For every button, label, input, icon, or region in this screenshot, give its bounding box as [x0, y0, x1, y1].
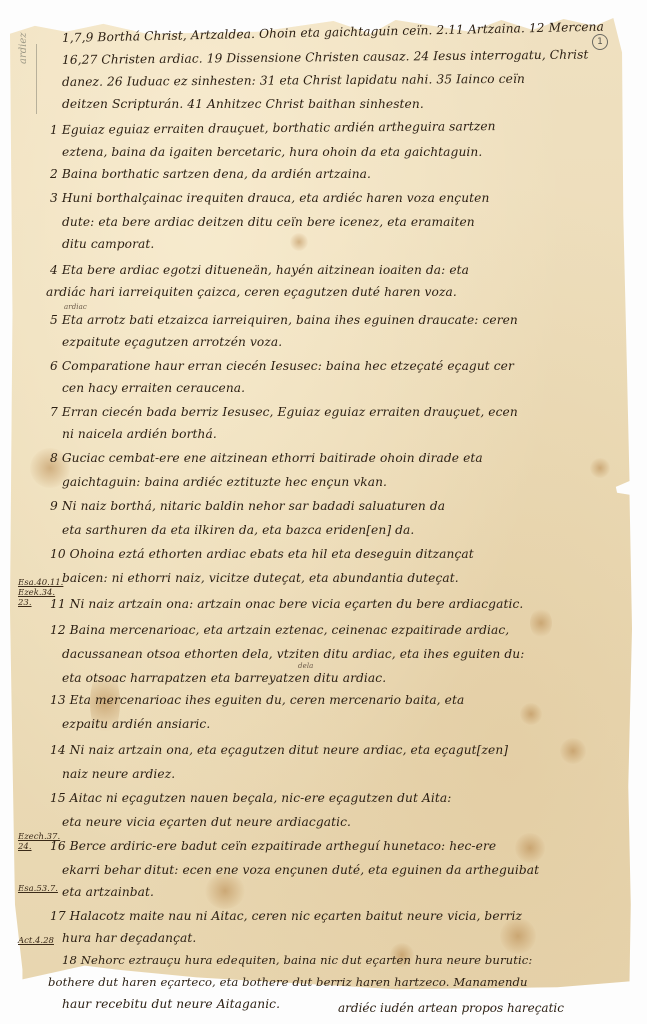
margin-reference: Act.4.28 — [18, 936, 54, 946]
verse-line: bothere dut haren eçarteco, eta bothere … — [48, 974, 528, 990]
foxing-stain — [520, 703, 542, 725]
summary-line: danez. 26 Iuduac ez sinhesten: 31 eta Ch… — [62, 71, 525, 90]
foxing-stain — [530, 608, 552, 638]
summary-line: deitzen Scripturán. 41 Anhitzec Christ b… — [62, 96, 424, 112]
verse-line: 10 Ohoina eztá ethorten ardiac ebats eta… — [50, 546, 474, 562]
verse-line: 14 Ni naiz artzain ona, eta eçagutzen di… — [50, 742, 508, 758]
margin-reference: Esa.40.11. Ezek.34. 23. — [18, 578, 63, 608]
verse-line: dute: eta bere ardiac deitzen ditu ceïn … — [62, 214, 475, 230]
verse-line: 8 Guciac cembat-ere ene aitzinean ethorr… — [50, 450, 483, 466]
verse-line: 16 Berce ardiric-ere badut ceïn ezpaitir… — [50, 838, 496, 854]
verse-line: 2 Baina borthatic sartzen dena, da ardié… — [50, 166, 371, 182]
tail-line: ardiéc iudén artean propos hareçatic — [338, 1000, 564, 1016]
verse-line: ni naicela ardién borthá. — [62, 426, 217, 442]
margin-reference: Esa.53.7. — [18, 884, 58, 894]
verse-line: hura har deçadançat. — [62, 930, 196, 946]
verse-line: 5 Eta arrotz bati etzaizca iarreiquiren,… — [50, 312, 518, 328]
verse-line: 3 Huni borthalçainac irequiten drauca, e… — [50, 190, 489, 206]
verse-line: 17 Halacotz maite nau ni Aitac, ceren ni… — [50, 908, 522, 924]
pencil-margin-rule — [36, 44, 37, 114]
foxing-stain — [205, 873, 245, 909]
verse-line: 6 Comparatione haur erran ciecén Iesusec… — [50, 358, 514, 374]
verse-line: eta sarthuren da eta ilkiren da, eta baz… — [62, 522, 414, 538]
verse-line: ekarri behar ditut: ecen ene voza ençune… — [62, 862, 539, 878]
verse-line: 18 Nehorc eztrauçu hura edequiten, baina… — [62, 952, 532, 968]
verse-line: eta otsoac harrapatzen eta barreyatzen d… — [62, 670, 386, 686]
verse-line: dacussanean otsoa ethorten dela, vtziten… — [62, 646, 524, 662]
verse-line: 15 Aitac ni eçagutzen nauen beçala, nic-… — [50, 790, 451, 806]
verse-line: ezpaitute eçagutzen arrotzén voza. — [62, 334, 282, 350]
verse-line: 13 Eta mercenarioac ihes eguiten du, cer… — [50, 692, 464, 708]
verse-line: 9 Ni naiz borthá, nitaric baldin nehor s… — [50, 498, 445, 514]
verse-line: eta artzainbat. — [62, 884, 154, 900]
verse-line: naiz neure ardiez. — [62, 766, 175, 782]
verse-line: 11 Ni naiz artzain ona: artzain onac ber… — [50, 596, 523, 612]
margin-reference: Ezech.37. 24. — [18, 832, 60, 852]
verse-line: ditu camporat. — [62, 236, 154, 252]
page-number-badge: 1 — [592, 34, 608, 50]
verse-line: eta neure vicia eçarten dut neure ardiac… — [62, 814, 351, 830]
verse-line: cen hacy erraiten ceraucena. — [62, 380, 245, 396]
verse-line: baicen: ni ethorri naiz, vicitze duteçat… — [62, 570, 459, 586]
verse-line: gaichtaguin: baina ardiéc eztituzte hec … — [62, 474, 387, 490]
verse-line: eztena, baina da igaiten bercetaric, hur… — [62, 144, 482, 160]
interlinear-note: dela — [298, 662, 313, 670]
scan-viewport: ardiez 1 1,7,9 Borthá Christ, Artzaldea.… — [0, 0, 647, 1024]
foxing-stain — [590, 458, 610, 478]
verse-line: 4 Eta bere ardiac egotzi ditueneän, hayé… — [50, 262, 469, 278]
verse-line: haur recebitu dut neure Aitaganic. — [62, 996, 280, 1012]
verse-line: 7 Erran ciecén bada berriz Iesusec, Egui… — [50, 404, 518, 420]
foxing-stain — [515, 833, 545, 863]
foxing-stain — [290, 233, 308, 251]
pencil-margin-note: ardiez — [18, 32, 29, 64]
verse-line: ardiác hari iarreiquiten çaizca, ceren e… — [46, 284, 457, 300]
interlinear-note: ardiac — [64, 303, 87, 311]
verse-line: ezpaitu ardién ansiaric. — [62, 716, 210, 732]
verse-line: 12 Baina mercenarioac, eta artzain ezten… — [50, 622, 509, 638]
foxing-stain — [560, 738, 586, 764]
